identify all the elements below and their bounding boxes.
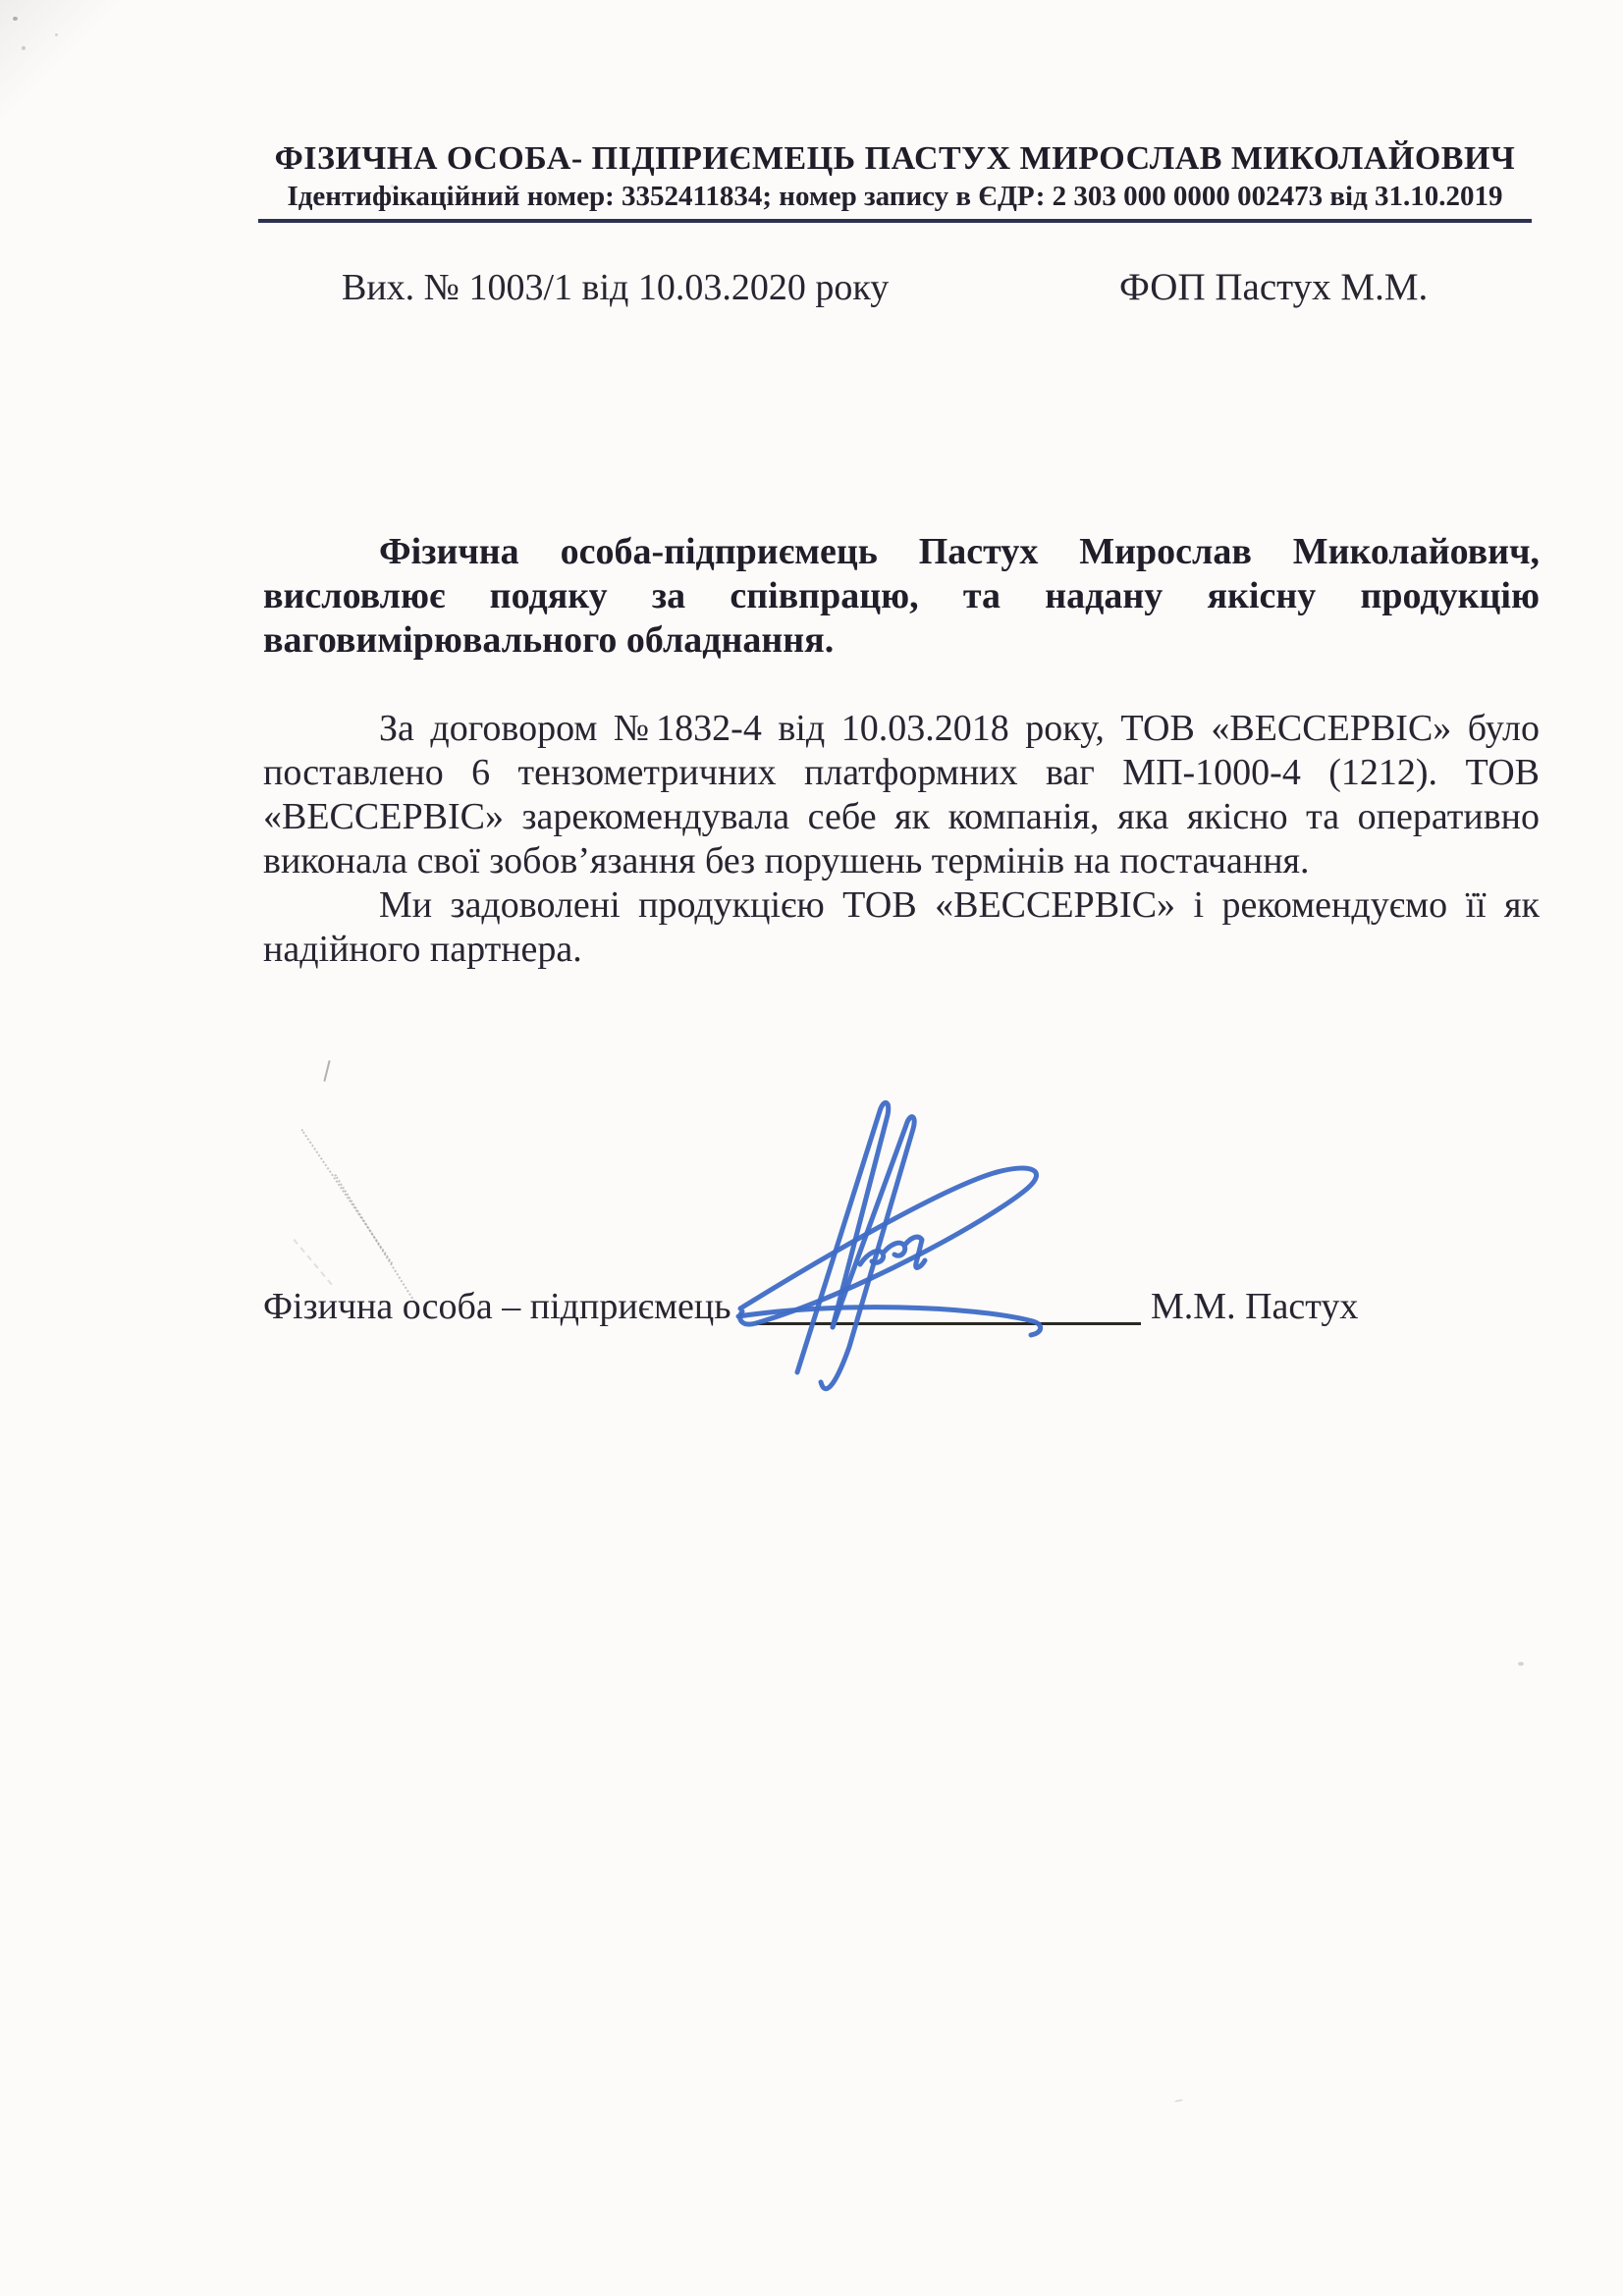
signature-role-label: Фізична особа – підприємець (263, 1284, 731, 1329)
letterhead-id-line: Ідентифікаційний номер: 3352411834; номе… (258, 179, 1532, 214)
paper-speck (22, 46, 26, 50)
body-line: ваговимірювального обладнання. (263, 618, 1540, 663)
scanned-letter-page: ФІЗИЧНА ОСОБА- ПІДПРИЄМЕЦЬ ПАСТУХ МИРОСЛ… (0, 0, 1623, 2296)
paper-speck (1518, 1662, 1524, 1666)
paper-speck (55, 33, 58, 36)
body-line: За договором №1832-4 від 10.03.2018 року… (263, 707, 1540, 751)
sender-short-name: ФОП Пастух М.М. (1119, 265, 1428, 310)
body-line: поставлено 6 тензометричних платформних … (263, 751, 1540, 795)
body-line: висловлює подяку за співпрацю, та надану… (263, 574, 1540, 618)
letter-body: Фізична особа-підприємець Пастух Миросла… (263, 530, 1540, 972)
paragraph-gap (263, 663, 1540, 707)
body-line: Фізична особа-підприємець Пастух Миросла… (263, 530, 1540, 574)
pencil-artifact (293, 1239, 332, 1285)
letterhead: ФІЗИЧНА ОСОБА- ПІДПРИЄМЕЦЬ ПАСТУХ МИРОСЛ… (258, 139, 1532, 223)
outgoing-ref-number: Вих. № 1003/1 від 10.03.2020 року (342, 265, 889, 310)
body-line: виконала свої зобов’язання без порушень … (263, 839, 1540, 883)
body-line: Ми задоволені продукцією ТОВ «ВЕССЕРВІС»… (263, 883, 1540, 928)
body-line: «ВЕССЕРВІС» зарекомендувала себе як комп… (263, 795, 1540, 839)
signature-name: М.М. Пастух (1151, 1284, 1358, 1329)
paper-speck (1174, 2099, 1183, 2103)
signature-line (756, 1322, 1141, 1325)
paragraph-thanks: Фізична особа-підприємець Пастух Миросла… (263, 530, 1540, 663)
pencil-artifact (323, 1060, 330, 1082)
paragraph-recommendation: Ми задоволені продукцією ТОВ «ВЕССЕРВІС»… (263, 883, 1540, 972)
letterhead-title: ФІЗИЧНА ОСОБА- ПІДПРИЄМЕЦЬ ПАСТУХ МИРОСЛ… (258, 139, 1532, 179)
paper-speck (13, 17, 18, 21)
paragraph-contract: За договором №1832-4 від 10.03.2018 року… (263, 707, 1540, 883)
body-line: надійного партнера. (263, 928, 1540, 972)
signature-ink (677, 1070, 1070, 1394)
